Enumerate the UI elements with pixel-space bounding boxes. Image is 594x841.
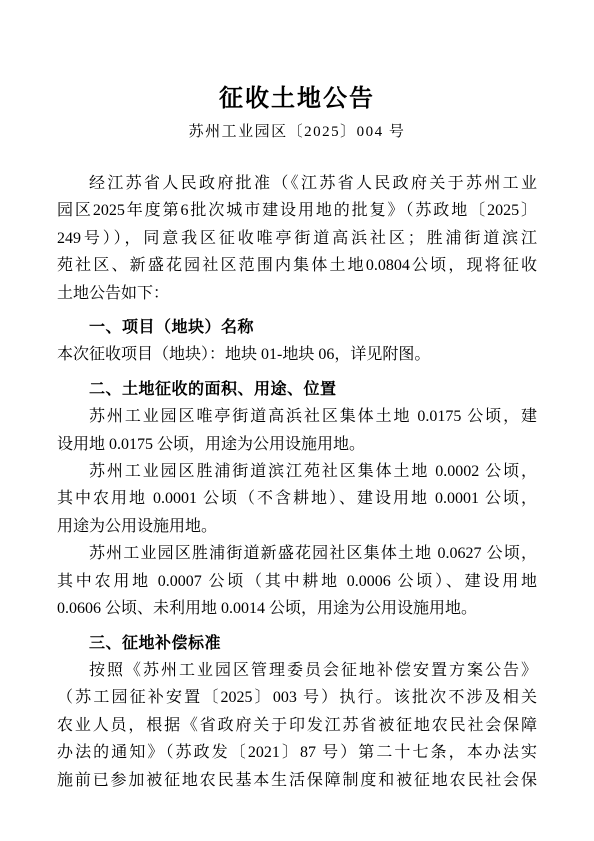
section-2-paragraph-3: 苏州工业园区胜浦街道新盛花园社区集体土地 0.0627 公顷， 其中农用地 0.…: [57, 540, 537, 622]
paragraph-line: 0.0606 公顷、未利用地 0.0014 公顷，用途为公用设施用地。: [57, 595, 537, 622]
document-body: 经江苏省人民政府批准（《江苏省人民政府关于苏州工业 园区2025年度第6批次城市…: [57, 170, 537, 794]
paragraph-line: 本次征收项目（地块）：地块 01-地块 06，详见附图。: [57, 341, 537, 368]
paragraph-line: 按照《苏州工业园区管理委员会征地补偿安置方案公告》: [57, 657, 537, 684]
paragraph-line: 土地公告如下：: [57, 280, 537, 307]
document-number: 苏州工业园区〔2025〕004 号: [57, 121, 537, 143]
paragraph-line: 设用地 0.0175 公顷，用途为公用设施用地。: [57, 431, 537, 458]
paragraph-line: 施前已参加被征地农民基本生活保障制度和被征地农民社会保: [57, 767, 537, 794]
section-2-paragraph-2: 苏州工业园区胜浦街道滨江苑社区集体土地 0.0002 公顷， 其中农用地 0.0…: [57, 458, 537, 540]
section-heading: 一、项目（地块）名称: [57, 314, 537, 341]
document-title: 征收土地公告: [57, 84, 537, 114]
intro-paragraph: 经江苏省人民政府批准（《江苏省人民政府关于苏州工业 园区2025年度第6批次城市…: [57, 170, 537, 307]
paragraph-line: 农业人员，根据《省政府关于印发江苏省被征地农民社会保障: [57, 712, 537, 739]
section-2-paragraph-1: 苏州工业园区唯亭街道高浜社区集体土地 0.0175 公顷，建 设用地 0.017…: [57, 403, 537, 458]
paragraph-line: 用途为公用设施用地。: [57, 513, 537, 540]
section-3: 三、征地补偿标准 按照《苏州工业园区管理委员会征地补偿安置方案公告》 （苏工园征…: [57, 630, 537, 794]
paragraph-line: 苏州工业园区胜浦街道新盛花园社区集体土地 0.0627 公顷，: [57, 540, 537, 567]
paragraph-line: 其中农用地 0.0001 公顷（不含耕地）、建设用地 0.0001 公顷，: [57, 485, 537, 512]
document-page: 征收土地公告 苏州工业园区〔2025〕004 号 经江苏省人民政府批准（《江苏省…: [0, 0, 594, 841]
paragraph-line: 园区2025年度第6批次城市建设用地的批复》（苏政地〔2025〕: [57, 197, 537, 224]
paragraph-line: （苏工园征补安置〔2025〕003 号）执行。该批次不涉及相关: [57, 684, 537, 711]
section-3-paragraph-1: 按照《苏州工业园区管理委员会征地补偿安置方案公告》 （苏工园征补安置〔2025〕…: [57, 657, 537, 794]
paragraph-line: 249号）），同意我区征收唯亭街道高浜社区；胜浦街道滨江: [57, 225, 537, 252]
paragraph-line: 其中农用地 0.0007 公顷（其中耕地 0.0006 公顷）、建设用地: [57, 568, 537, 595]
section-heading: 二、土地征收的面积、用途、位置: [57, 376, 537, 403]
paragraph-line: 苏州工业园区胜浦街道滨江苑社区集体土地 0.0002 公顷，: [57, 458, 537, 485]
section-1: 一、项目（地块）名称 本次征收项目（地块）：地块 01-地块 06，详见附图。: [57, 314, 537, 369]
paragraph-line: 办法的通知》（苏政发〔2021〕87 号）第二十七条，本办法实: [57, 739, 537, 766]
paragraph-line: 苏州工业园区唯亭街道高浜社区集体土地 0.0175 公顷，建: [57, 403, 537, 430]
section-2: 二、土地征收的面积、用途、位置 苏州工业园区唯亭街道高浜社区集体土地 0.017…: [57, 376, 537, 623]
paragraph-line: 经江苏省人民政府批准（《江苏省人民政府关于苏州工业: [57, 170, 537, 197]
section-heading: 三、征地补偿标准: [57, 630, 537, 657]
paragraph-line: 苑社区、新盛花园社区范围内集体土地0.0804公顷，现将征收: [57, 252, 537, 279]
